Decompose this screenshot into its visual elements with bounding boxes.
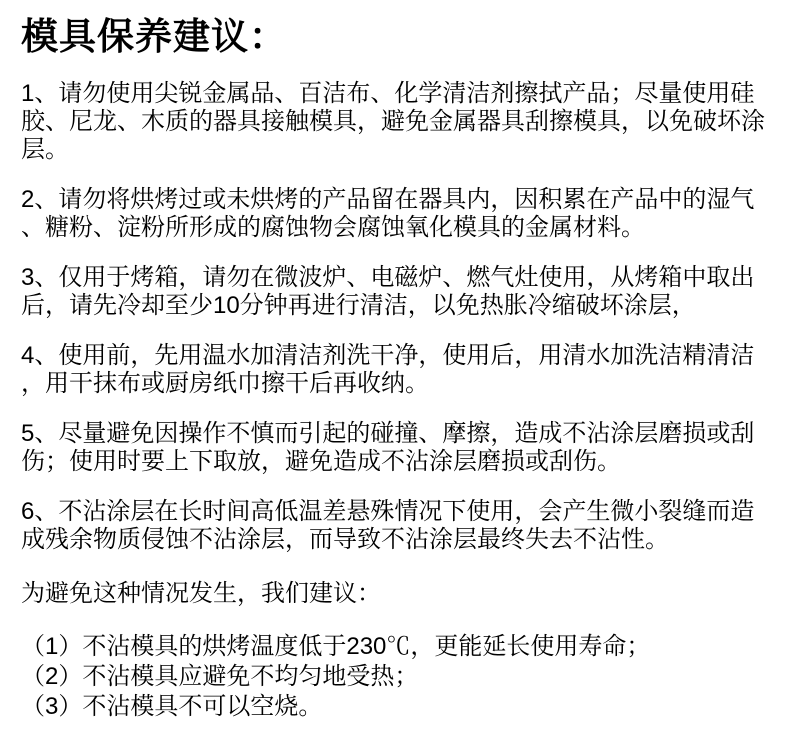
page-title: 模具保养建议：: [21, 16, 770, 58]
care-item-3: 3、仅用于烤箱，请勿在微波炉、电磁炉、燃气灶使用，从烤箱中取出后，请先冷却至少1…: [21, 264, 770, 320]
advice-item-1: （1）不沾模具的烘烤温度低于230℃，更能延长使用寿命；: [21, 632, 770, 662]
care-item-2: 2、请勿将烘烤过或未烘烤的产品留在器具内，因积累在产品中的湿气、糖粉、淀粉所形成…: [21, 186, 770, 242]
care-instructions-document: 模具保养建议： 1、请勿使用尖锐金属品、百洁布、化学清洁剂擦拭产品；尽量使用硅胶…: [0, 0, 790, 722]
advice-item-3: （3）不沾模具不可以空烧。: [21, 692, 770, 722]
care-item-1: 1、请勿使用尖锐金属品、百洁布、化学清洁剂擦拭产品；尽量使用硅胶、尼龙、木质的器…: [21, 80, 770, 164]
advice-intro: 为避免这种情况发生，我们建议：: [21, 580, 770, 608]
care-item-4: 4、使用前，先用温水加清洁剂洗干净，使用后，用清水加洗洁精清洁，用干抹布或厨房纸…: [21, 342, 770, 398]
care-item-5: 5、尽量避免因操作不慎而引起的碰撞、摩擦，造成不沾涂层磨损或刮伤；使用时要上下取…: [21, 420, 770, 476]
advice-item-2: （2）不沾模具应避免不均匀地受热；: [21, 662, 770, 692]
care-item-6: 6、不沾涂层在长时间高低温差悬殊情况下使用，会产生微小裂缝而造成残余物质侵蚀不沾…: [21, 498, 770, 554]
